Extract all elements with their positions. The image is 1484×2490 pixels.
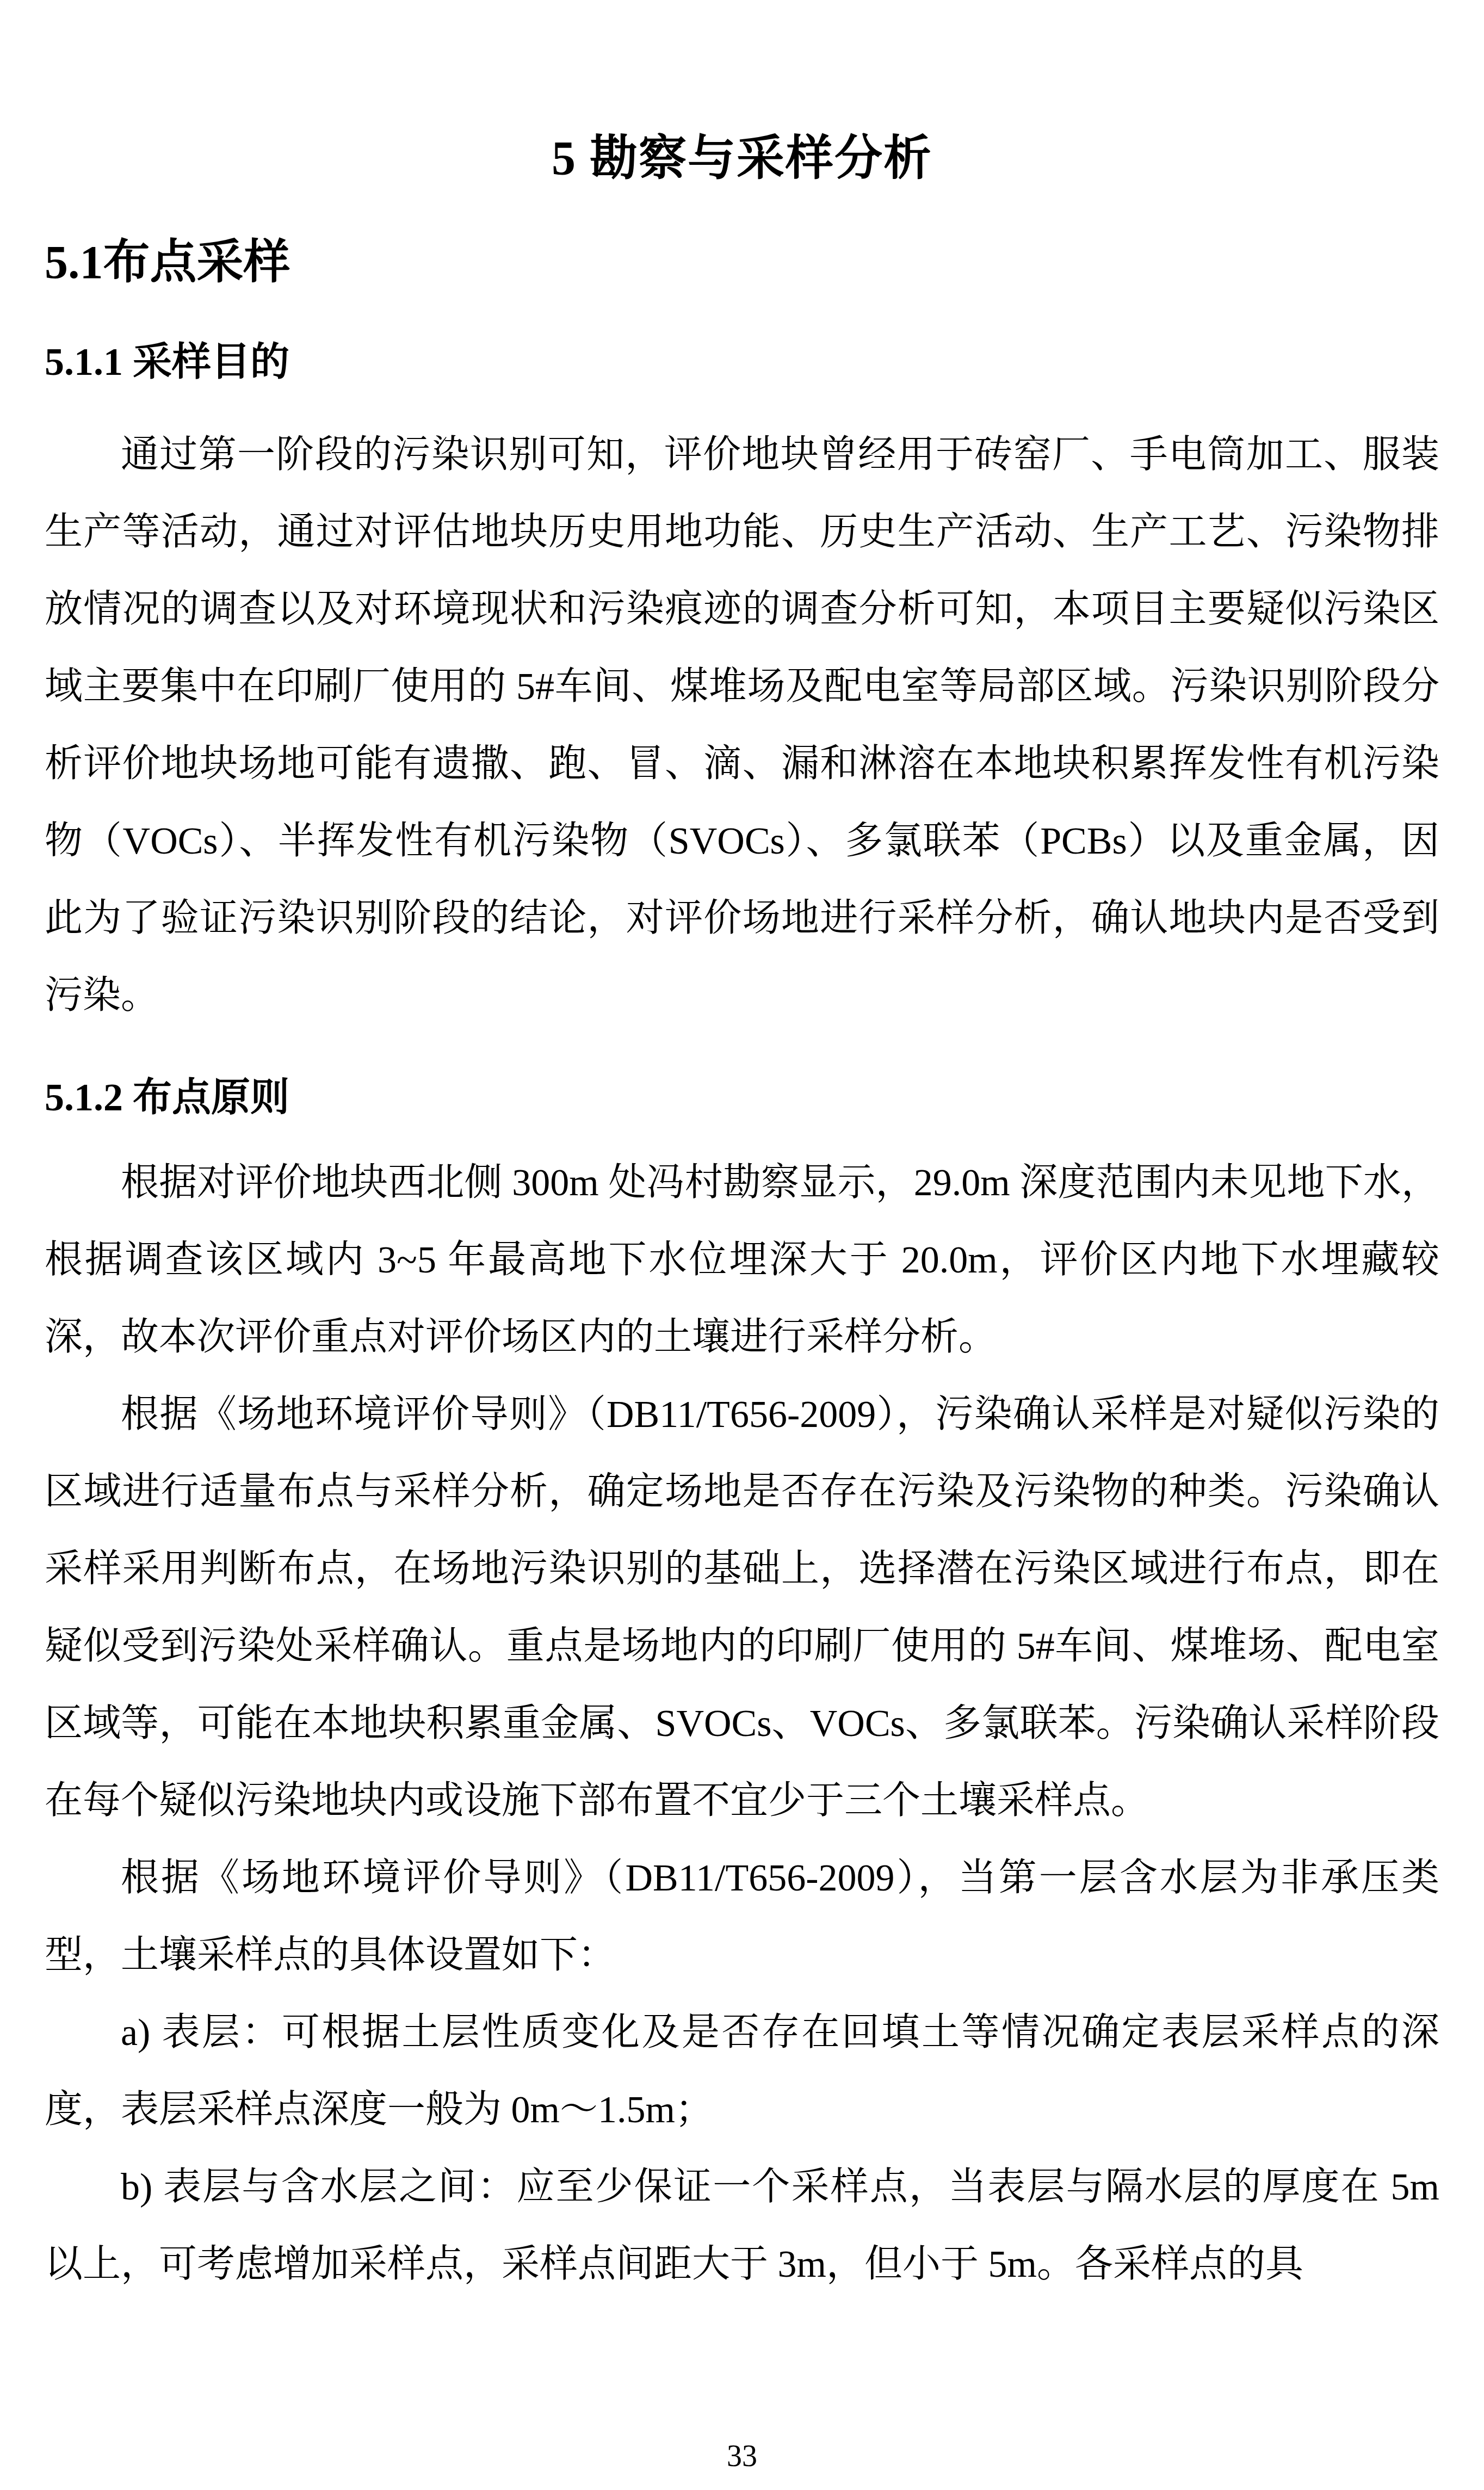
list-item-a-surface-layer: a) 表层：可根据土层性质变化及是否存在回填土等情况确定表层采样点的深度，表层采… [45, 1994, 1439, 2149]
subsection-heading-5-1-1: 5.1.1 采样目的 [45, 337, 1439, 386]
subsection-heading-5-1-2: 5.1.2 布点原则 [45, 1073, 1439, 1122]
paragraph-sampling-purpose: 通过第一阶段的污染识别可知，评价地块曾经用于砖窑厂、手电筒加工、服装生产等活动，… [45, 417, 1439, 1035]
page-number: 33 [0, 2437, 1484, 2475]
list-item-b-between-layers: b) 表层与含水层之间：应至少保证一个采样点，当表层与隔水层的厚度在 5m 以上… [45, 2149, 1439, 2303]
paragraph-confirmation-sampling: 根据《场地环境评价导则》（DB11/T656-2009），污染确认采样是对疑似污… [45, 1376, 1439, 1840]
paragraph-groundwater-survey: 根据对评价地块西北侧 300m 处冯村勘察显示，29.0m 深度范围内未见地下水… [45, 1145, 1439, 1376]
section-heading-5-1: 5.1布点采样 [45, 234, 1439, 291]
paragraph-guideline-aquifer: 根据《场地环境评价导则》（DB11/T656-2009），当第一层含水层为非承压… [45, 1840, 1439, 1994]
document-title: 5 勘察与采样分析 [45, 129, 1439, 188]
document-page: 5 勘察与采样分析 5.1布点采样 5.1.1 采样目的 通过第一阶段的污染识别… [0, 0, 1484, 2490]
